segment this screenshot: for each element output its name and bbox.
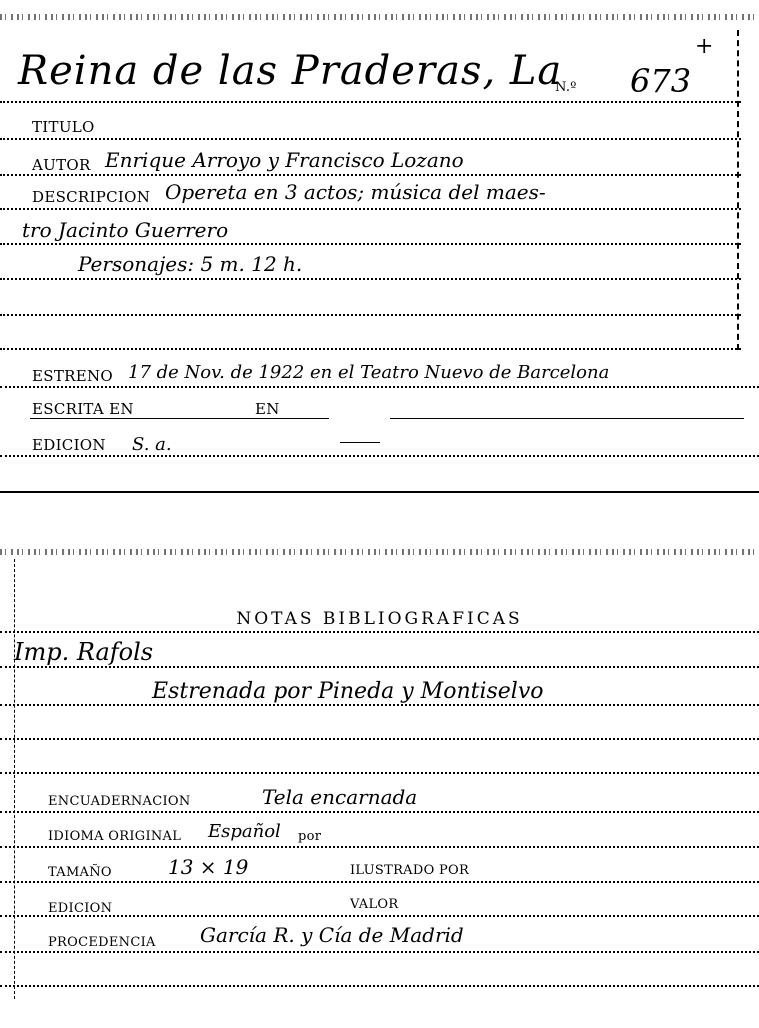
- descripcion-value-line2: tro Jacinto Guerrero: [22, 218, 228, 242]
- rule-line: [0, 704, 759, 706]
- rule-line: [0, 811, 759, 813]
- rule-line: [0, 101, 741, 103]
- card-bottom-edge: [0, 491, 759, 493]
- edicion-label: EDICION: [32, 436, 106, 454]
- ink-mark: [340, 442, 380, 443]
- rule-line: [0, 985, 759, 987]
- procedencia-label: PROCEDENCIA: [48, 935, 156, 950]
- scan-edge-noise: [0, 549, 759, 555]
- rule-line: [0, 738, 759, 740]
- ilustrado-label: ILUSTRADO POR: [350, 863, 469, 878]
- number-mark: +: [695, 34, 713, 59]
- tamano-value: 13 × 19: [168, 855, 248, 879]
- rule-line: [0, 208, 741, 210]
- idioma-label: IDIOMA ORIGINAL: [48, 829, 181, 844]
- rule-line: [0, 314, 741, 316]
- rule-line: [0, 138, 741, 140]
- edicion-value: S. a.: [132, 434, 172, 455]
- autor-label: AUTOR: [32, 156, 91, 174]
- rule-line: [0, 915, 759, 917]
- catalog-card-front: Reina de las Praderas, La N.º 673 + TITU…: [0, 0, 759, 495]
- rule-line: [0, 666, 759, 668]
- encuadernacion-value: Tela encarnada: [262, 785, 417, 809]
- descripcion-label: DESCRIPCION: [32, 188, 150, 206]
- card-number: 673: [630, 62, 691, 100]
- autor-value: Enrique Arroyo y Francisco Lozano: [105, 148, 464, 172]
- notas-heading: NOTAS BIBLIOGRAFICAS: [0, 609, 759, 629]
- card-right-border: [737, 30, 739, 350]
- notes-line2: Estrenada por Pineda y Montiselvo: [152, 679, 544, 704]
- estreno-label: ESTRENO: [32, 367, 113, 385]
- descripcion-value-line3: Personajes: 5 m. 12 h.: [78, 252, 302, 276]
- rule-line: [0, 243, 741, 245]
- title-handwritten: Reina de las Praderas, La: [18, 48, 562, 94]
- notes-line1: Imp. Rafols: [14, 638, 153, 666]
- estreno-value: 17 de Nov. de 1922 en el Teatro Nuevo de…: [128, 362, 609, 383]
- rule-line: [0, 951, 759, 953]
- procedencia-value: García R. y Cía de Madrid: [200, 923, 464, 947]
- rule-line: [390, 418, 744, 419]
- number-label: N.º: [555, 80, 577, 95]
- rule-line: [0, 455, 759, 457]
- rule-line: [0, 881, 759, 883]
- encuadernacion-label: ENCUADERNACION: [48, 794, 191, 809]
- descripcion-value-line1: Opereta en 3 actos; música del maes-: [165, 180, 546, 204]
- valor-label: VALOR: [350, 897, 398, 912]
- rule-line: [30, 418, 329, 419]
- rule-line: [0, 278, 741, 280]
- rule-line: [0, 386, 759, 388]
- rule-line: [0, 772, 759, 774]
- idioma-value: Español: [208, 821, 281, 842]
- rule-line: [0, 348, 741, 350]
- en-label: EN: [255, 400, 280, 418]
- escrita-en-label: ESCRITA EN: [32, 400, 134, 418]
- catalog-card-back: NOTAS BIBLIOGRAFICAS Imp. Rafols Estrena…: [0, 545, 759, 1028]
- scan-edge-noise: [0, 14, 759, 20]
- rule-line: [0, 174, 741, 176]
- titulo-label: TITULO: [32, 118, 95, 136]
- por-label: por: [298, 829, 321, 844]
- rule-line: [0, 846, 759, 848]
- rule-line: [0, 631, 759, 633]
- tamano-label: TAMAÑO: [48, 865, 112, 880]
- edicion-label-back: EDICION: [48, 901, 112, 916]
